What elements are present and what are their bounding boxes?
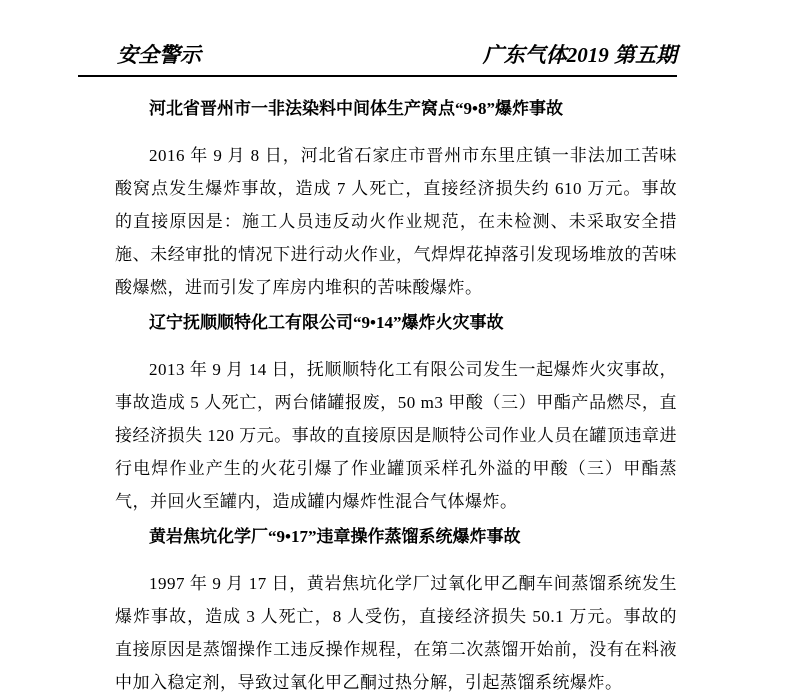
page-header: 安全警示 广东气体2019 第五期 bbox=[78, 42, 677, 77]
document-body: 河北省晋州市一非法染料中间体生产窝点“9•8”爆炸事故 2016 年 9 月 8… bbox=[115, 90, 677, 693]
section-title-hebei-jinzhou-explosion: 河北省晋州市一非法染料中间体生产窝点“9•8”爆炸事故 bbox=[115, 92, 677, 125]
section-body-hebei-jinzhou-explosion: 2016 年 9 月 8 日，河北省石家庄市晋州市东里庄镇一非法加工苦味酸窝点发… bbox=[115, 139, 677, 304]
document-page: 安全警示 广东气体2019 第五期 河北省晋州市一非法染料中间体生产窝点“9•8… bbox=[0, 0, 791, 693]
section-body-liaoning-fushun-fire: 2013 年 9 月 14 日，抚顺顺特化工有限公司发生一起爆炸火灾事故，事故造… bbox=[115, 353, 677, 518]
header-left-title: 安全警示 bbox=[78, 42, 201, 68]
header-right-issue: 广东气体2019 第五期 bbox=[483, 42, 677, 68]
section-title-huangyan-jiaokeng-explosion: 黄岩焦坑化学厂“9•17”违章操作蒸馏系统爆炸事故 bbox=[115, 520, 677, 553]
section-body-huangyan-jiaokeng-explosion: 1997 年 9 月 17 日，黄岩焦坑化学厂过氧化甲乙酮车间蒸馏系统发生爆炸事… bbox=[115, 567, 677, 693]
section-title-liaoning-fushun-fire: 辽宁抚顺顺特化工有限公司“9•14”爆炸火灾事故 bbox=[115, 306, 677, 339]
